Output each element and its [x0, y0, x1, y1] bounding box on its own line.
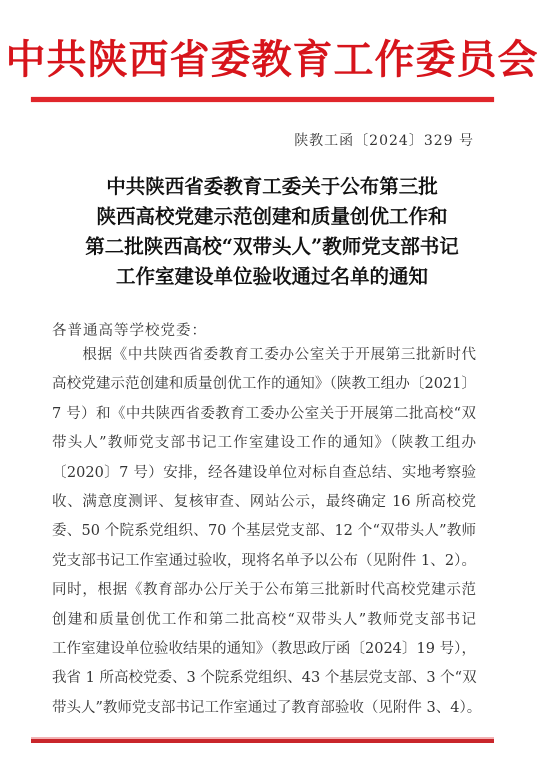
- body-line: 收、满意度测评、复核审查、网站公示，最终确定 16 所高校党: [52, 488, 476, 517]
- masthead-divider-top: [31, 97, 494, 102]
- body-line: 我省 1 所高校党委、3 个院系党组织、43 个基层党支部、3 个“双: [52, 664, 476, 693]
- document-number: 陕教工函〔2024〕329 号: [294, 130, 474, 150]
- body-line: 工作室建设单位验收结果的通知》（教思政厅函〔2024〕19 号），: [52, 635, 476, 664]
- footer-divider: [31, 739, 494, 743]
- body-line: 创建和质量创优工作和第二批高校“双带头人”教师党支部书记: [52, 606, 476, 635]
- title-line: 第二批陕西高校“双带头人”教师党支部书记: [0, 232, 544, 262]
- body-line: 带头人”教师党支部书记工作室通过了教育部验收（见附件 3、4）。: [52, 694, 476, 723]
- body-line: 党支部书记工作室通过验收，现将名单予以公布（见附件 1、2）。: [52, 547, 476, 576]
- body-line: 〔2020〕7 号）安排，经各建设单位对标自查总结、实地考察验: [52, 459, 476, 488]
- body-line: 同时，根据《教育部办公厅关于公布第三批新时代高校党建示范: [52, 576, 476, 605]
- body-line: 带头人”教师党支部书记工作室建设工作的通知》（陕教工组办: [52, 429, 476, 458]
- document-title: 中共陕西省委教育工委关于公布第三批 陕西高校党建示范创建和质量创优工作和 第二批…: [0, 172, 544, 292]
- title-line: 陕西高校党建示范创建和质量创优工作和: [0, 202, 544, 232]
- body-line: 委、50 个院系党组织、70 个基层党支部、12 个“双带头人”教师: [52, 517, 476, 546]
- title-line: 中共陕西省委教育工委关于公布第三批: [0, 172, 544, 202]
- document-body: 根据《中共陕西省委教育工委办公室关于开展第三批新时代 高校党建示范创建和质量创优…: [52, 341, 476, 723]
- masthead-title: 中共陕西省委教育工作委员会: [0, 38, 544, 82]
- body-line: 7 号）和《中共陕西省委教育工委办公室关于开展第二批高校“双: [52, 400, 476, 429]
- body-line: 高校党建示范创建和质量创优工作的通知》（陕教工组办〔2021〕: [52, 370, 476, 399]
- salutation: 各普通高等学校党委：: [52, 319, 207, 340]
- title-line: 工作室建设单位验收通过名单的通知: [0, 262, 544, 292]
- body-line: 根据《中共陕西省委教育工委办公室关于开展第三批新时代: [52, 341, 476, 370]
